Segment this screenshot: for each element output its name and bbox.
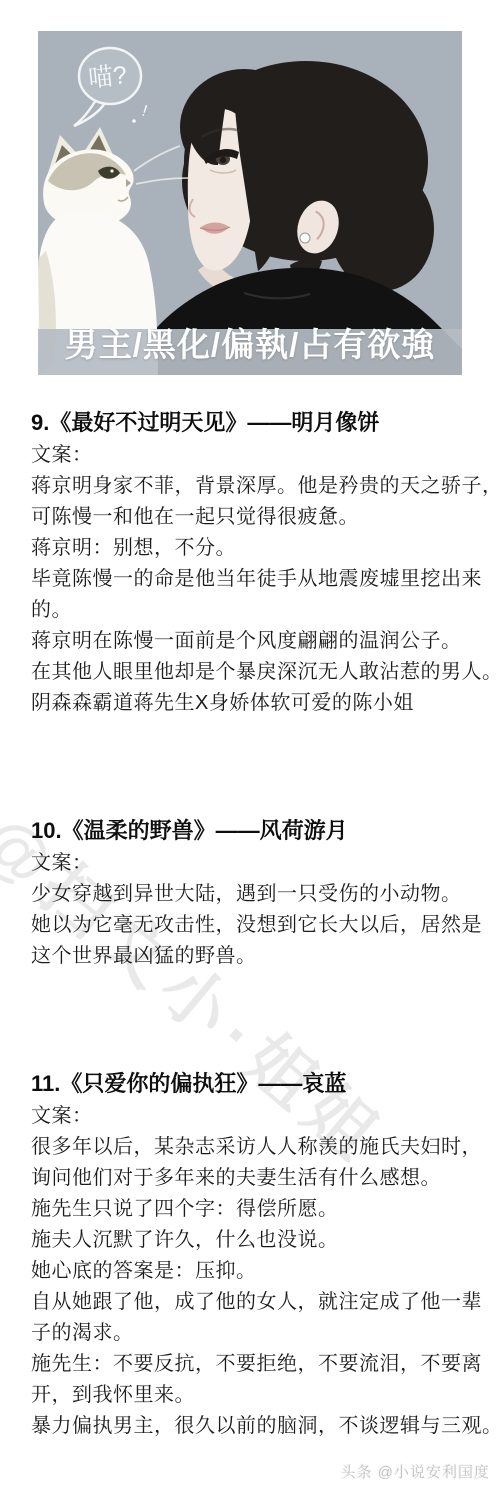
blurb-line: 少女穿越到异世大陆，遇到一只受伤的小动物。	[31, 879, 493, 910]
blurb-label: 文案：	[31, 440, 493, 471]
credit-watermark: 头条 @小说安利国度	[341, 1461, 490, 1482]
blurb-label: 文案：	[31, 848, 493, 879]
blurb-line: 子的渴求。	[31, 1318, 493, 1349]
bubble-text: 喵?	[87, 61, 129, 93]
blurb-line: 毕竟陈慢一的命是他当年徒手从地震废墟里挖出来	[31, 564, 493, 595]
blurb-line: 在其他人眼里他却是个暴戾深沉无人敢沾惹的男人。	[31, 657, 493, 688]
blurb-line: 很多年以后，某杂志采访人人称羡的施氏夫妇时，	[31, 1132, 493, 1163]
blurb-line: 的。	[31, 595, 493, 626]
blurb-lines: 很多年以后，某杂志采访人人称羡的施氏夫妇时，询问他们对于多年来的夫妻生活有什么感…	[31, 1132, 493, 1442]
blurb-line: 蒋京明在陈慢一面前是个风度翩翩的温润公子。	[31, 626, 493, 657]
blurb-label: 文案：	[31, 1101, 493, 1132]
book-section: 9.《最好不过明天见》——明月像饼 文案： 蒋京明身家不菲，背景深厚。他是矜贵的…	[31, 406, 493, 719]
content: 9.《最好不过明天见》——明月像饼 文案： 蒋京明身家不菲，背景深厚。他是矜贵的…	[31, 406, 493, 1442]
man-earring	[300, 233, 310, 243]
blurb-line: 她心底的答案是：压抑。	[31, 1256, 493, 1287]
page: @扫文小·姐姐	[0, 0, 500, 1492]
blurb-line: 蒋京明：别想，不分。	[31, 533, 493, 564]
hero-illustration: 喵? ! 男主/黑化/偏執/占有欲強	[38, 31, 462, 375]
book-section: 11.《只爱你的偏执狂》——哀蓝 文案： 很多年以后，某杂志采访人人称羡的施氏夫…	[31, 1067, 493, 1442]
blurb-line: 施夫人沉默了许久，什么也没说。	[31, 1225, 493, 1256]
book-title: 10.《温柔的野兽》——风荷游月	[31, 814, 493, 848]
blurb-line: 施先生：不要反抗，不要拒绝，不要流泪，不要离	[31, 1349, 493, 1380]
blurb-line: 她以为它毫无攻击性，没想到它长大以后，居然是	[31, 910, 493, 941]
book-title: 11.《只爱你的偏执狂》——哀蓝	[31, 1067, 493, 1101]
blurb-line: 暴力偏执男主，很久以前的脑洞，不谈逻辑与三观。	[31, 1411, 493, 1442]
book-section: 10.《温柔的野兽》——风荷游月 文案： 少女穿越到异世大陆，遇到一只受伤的小动…	[31, 814, 493, 972]
blurb-line: 自从她跟了他，成了他的女人，就注定成了他一辈	[31, 1287, 493, 1318]
blurb-line: 施先生只说了四个字：得偿所愿。	[31, 1194, 493, 1225]
blurb-line: 开，到我怀里来。	[31, 1380, 493, 1411]
hero-caption-text: 男主/黑化/偏執/占有欲強	[38, 319, 462, 366]
blurb-line: 阴森森霸道蒋先生X身娇体软可爱的陈小姐	[31, 688, 493, 719]
blurb-line: 蒋京明身家不菲，背景深厚。他是矜贵的天之骄子，	[31, 471, 493, 502]
blurb-line: 可陈慢一和他在一起只觉得很疲惫。	[31, 502, 493, 533]
book-title: 9.《最好不过明天见》——明月像饼	[31, 406, 493, 440]
blurb-line: 这个世界最凶猛的野兽。	[31, 941, 493, 972]
bubble-dot	[132, 119, 136, 123]
blurb-lines: 少女穿越到异世大陆，遇到一只受伤的小动物。她以为它毫无攻击性，没想到它长大以后，…	[31, 879, 493, 972]
blurb-lines: 蒋京明身家不菲，背景深厚。他是矜贵的天之骄子，可陈慢一和他在一起只觉得很疲惫。蒋…	[31, 471, 493, 719]
blurb-line: 询问他们对于多年来的夫妻生活有什么感想。	[31, 1163, 493, 1194]
